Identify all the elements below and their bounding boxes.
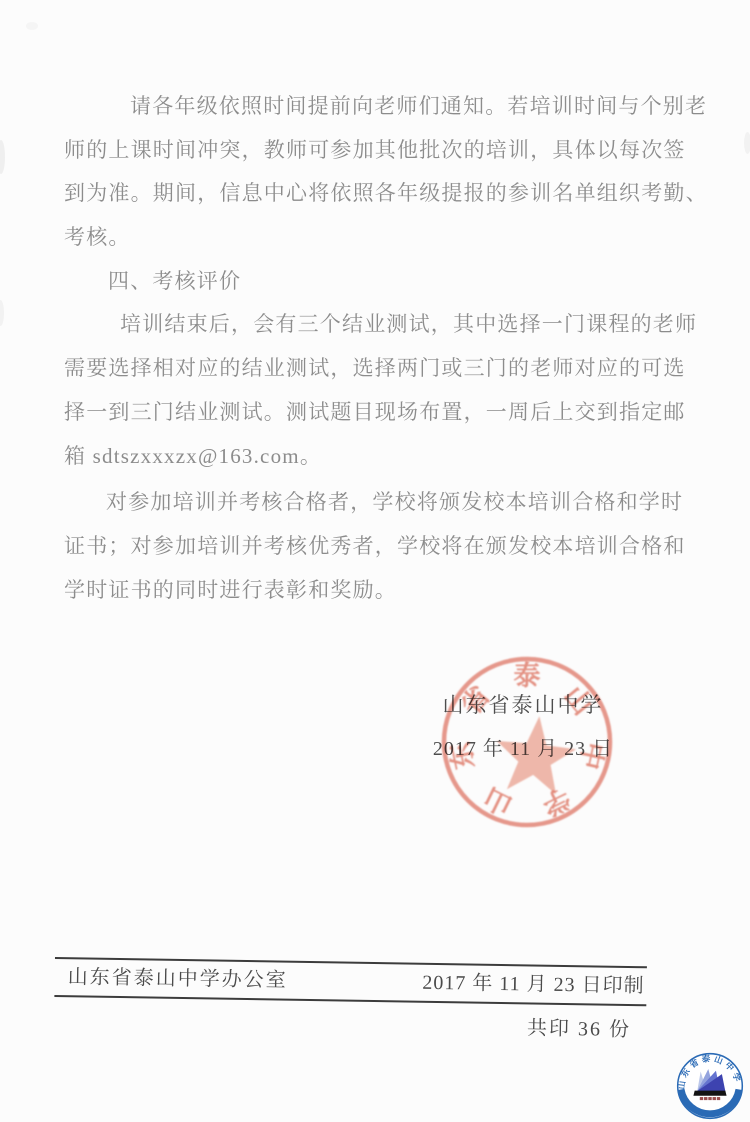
text-line: 培训结束后，会有三个结业测试，其中选择一门课程的老师: [64, 303, 696, 347]
signature-organization: 山东省泰山中学: [408, 688, 638, 722]
text-line: 考核。: [64, 216, 696, 260]
scan-artifact: [0, 140, 5, 174]
text-line: 择一到三门结业测试。测试题目现场布置，一周后上交到指定邮: [64, 391, 696, 435]
text-line: 请各年级依照时间提前向老师们通知。若培训时间与个别老: [64, 85, 696, 129]
logo-base-bar: [693, 1091, 726, 1096]
document-body: 请各年级依照时间提前向老师们通知。若培训时间与个别老 师的上课时间冲突，教师可参…: [64, 85, 696, 612]
text-line: 对参加培训并考核合格者，学校将颁发校本培训合格和学时: [64, 481, 696, 525]
logo-small-marks: [700, 1097, 720, 1100]
scan-artifact: [26, 22, 38, 30]
scan-artifact: [0, 300, 4, 326]
text-line: 学时证书的同时进行表彰和奖励。: [64, 569, 696, 613]
footer-copies-count: 共印 36 份: [54, 1003, 646, 1048]
footer-office: 山东省泰山中学办公室: [54, 959, 288, 999]
text-line: 证书；对参加培训并考核优秀者，学校将在颁发校本培训合格和: [64, 525, 696, 569]
seal-char: 学: [537, 782, 574, 821]
text-line: 到为准。期间，信息中心将依照各年级提报的参训名单组织考勤、: [64, 172, 696, 216]
document-page: 请各年级依照时间提前向老师们通知。若培训时间与个别老 师的上课时间冲突，教师可参…: [0, 0, 750, 1122]
seal-char: 泰: [514, 660, 541, 691]
text-line: 师的上课时间冲突，教师可参加其他批次的培训，具体以每次签: [64, 129, 696, 173]
seal-char: 山: [479, 782, 516, 821]
section-heading: 四、考核评价: [64, 260, 696, 304]
email-line: 箱 sdtszxxxzx@163.com。: [64, 435, 696, 479]
footer-print-date: 2017 年 11 月 23 日印制: [422, 965, 647, 1005]
scan-artifact: [744, 132, 750, 154]
signature-date: 2017 年 11 月 23 日: [398, 732, 648, 766]
text-line: 需要选择相对应的结业测试，选择两门或三门的老师对应的可选: [64, 347, 696, 391]
document-footer: 山东省泰山中学办公室 2017 年 11 月 23 日印制 共印 36 份: [54, 957, 647, 1048]
school-logo: 山东省泰山中学 TAI SHAN MIDDLE SCHOOL SHANDONG: [676, 1052, 744, 1120]
